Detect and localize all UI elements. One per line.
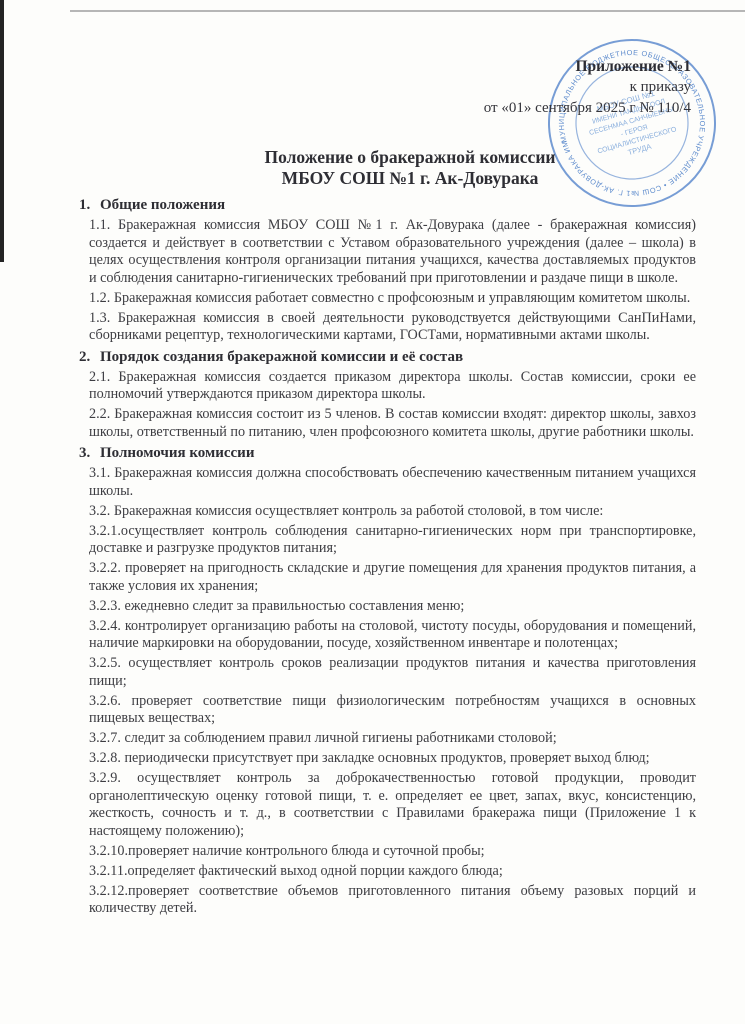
section-number: 1. (79, 196, 100, 215)
paragraph-3-2-8: 3.2.8. периодически присутствует при зак… (89, 750, 696, 768)
paragraph-3-2-9: 3.2.9. осуществляет контроль за доброкач… (89, 770, 696, 840)
paragraph-1-3: 1.3. Бракеражная комиссия в своей деятел… (89, 310, 696, 345)
section-number: 2. (79, 348, 100, 367)
paragraph-3-2-11: 3.2.11.определяет фактический выход одно… (89, 863, 696, 881)
document-header-block: Приложение №1 к приказу от «01» сентября… (484, 56, 691, 119)
section-title: Порядок создания бракеражной комиссии и … (100, 348, 463, 367)
paragraph-1-1: 1.1. Бракеражная комиссия МБОУ СОШ №1 г.… (89, 217, 696, 287)
paragraph-3-2-7: 3.2.7. следит за соблюдением правил личн… (89, 730, 696, 748)
paragraph-3-2-10: 3.2.10.проверяет наличие контрольного бл… (89, 843, 696, 861)
appendix-number-label: Приложение №1 (484, 56, 691, 77)
paragraph-3-2: 3.2. Бракеражная комиссия осуществляет к… (89, 503, 696, 521)
paragraph-3-2-3: 3.2.3. ежедневно следит за правильностью… (89, 598, 696, 616)
paragraph-3-2-2: 3.2.2. проверяет на пригодность складски… (89, 560, 696, 595)
paragraph-3-2-1: 3.2.1.осуществляет контроль соблюдения с… (89, 523, 696, 558)
paragraph-3-2-5: 3.2.5. осуществляет контроль сроков реал… (89, 655, 696, 690)
section-heading-3: 3. Полномочия комиссии (79, 444, 696, 463)
scanned-document-page: Приложение №1 к приказу от «01» сентября… (0, 0, 745, 1024)
order-reference-label: к приказу (484, 77, 691, 98)
section-number: 3. (79, 444, 100, 463)
section-title: Полномочия комиссии (100, 444, 254, 463)
paragraph-3-2-4: 3.2.4. контролирует организацию работы н… (89, 618, 696, 653)
order-date-number-label: от «01» сентября 2025 г № 110/4 (484, 98, 691, 119)
scan-artifact-top-edge-line (70, 10, 745, 12)
paragraph-3-2-12: 3.2.12.проверяет соответствие объемов пр… (89, 883, 696, 918)
document-body: 1. Общие положения 1.1. Бракеражная коми… (78, 193, 696, 920)
paragraph-3-1: 3.1. Бракеражная комиссия должна способс… (89, 465, 696, 500)
section-title: Общие положения (100, 196, 225, 215)
section-heading-2: 2. Порядок создания бракеражной комиссии… (79, 348, 696, 367)
paragraph-3-2-6: 3.2.6. проверяет соответствие пищи физио… (89, 693, 696, 728)
paragraph-1-2: 1.2. Бракеражная комиссия работает совме… (89, 290, 696, 308)
paragraph-2-1: 2.1. Бракеражная комиссия создается прик… (89, 369, 696, 404)
scan-artifact-left-edge-strip (0, 0, 4, 262)
paragraph-2-2: 2.2. Бракеражная комиссия состоит из 5 ч… (89, 406, 696, 441)
